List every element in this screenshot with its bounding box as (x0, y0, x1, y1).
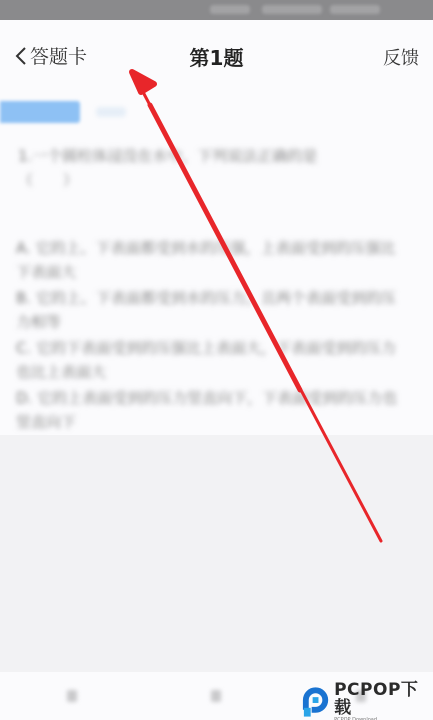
option-b[interactable]: B. 它的上、下表面都受到水的压力，且两个表面受到的压力相等 (16, 286, 406, 334)
question-card: 单选题 (0分) 1.一个圆柱体浸没在水中，下列说法正确的是 （ ） A. 它的… (0, 88, 433, 435)
nav-bar: 答题卡 第1题 反馈 (0, 20, 433, 88)
previous-icon: 上 (67, 690, 77, 702)
watermark: PCPOP下载 PCPOP Download (300, 681, 433, 720)
option-a[interactable]: A. 它的上、下表面都受到水的压强，上表面受到的压强比下表面大 (16, 236, 406, 284)
score-badge: (0分) (96, 107, 126, 117)
answer-icon: 答 (211, 690, 221, 702)
question-tags: 单选题 (0分) (0, 101, 126, 123)
pcpop-logo-icon (300, 686, 331, 718)
feedback-button[interactable]: 反馈 (383, 44, 419, 70)
option-c[interactable]: C. 它的下表面受到的压强比上表面大，下表面受到的压力也比上表面大 (16, 336, 406, 384)
status-icons (210, 5, 250, 14)
question-text: 1.一个圆柱体浸没在水中，下列说法正确的是 （ ） (18, 144, 363, 192)
previous-button[interactable]: 上 (0, 672, 144, 720)
question-type-badge: 单选题 (0, 101, 80, 123)
status-bar (0, 0, 433, 20)
answer-button[interactable]: 答 (144, 672, 288, 720)
watermark-text: PCPOP下载 (334, 681, 433, 717)
option-d[interactable]: D. 它的上表面受到的压力竖直向下，下表面受到的压力也竖直向下 (16, 386, 406, 434)
options-list: A. 它的上、下表面都受到水的压强，上表面受到的压强比下表面大 B. 它的上、下… (16, 236, 406, 436)
page-title: 第1题 (0, 42, 433, 71)
status-time (330, 5, 380, 14)
status-icons (262, 5, 322, 14)
